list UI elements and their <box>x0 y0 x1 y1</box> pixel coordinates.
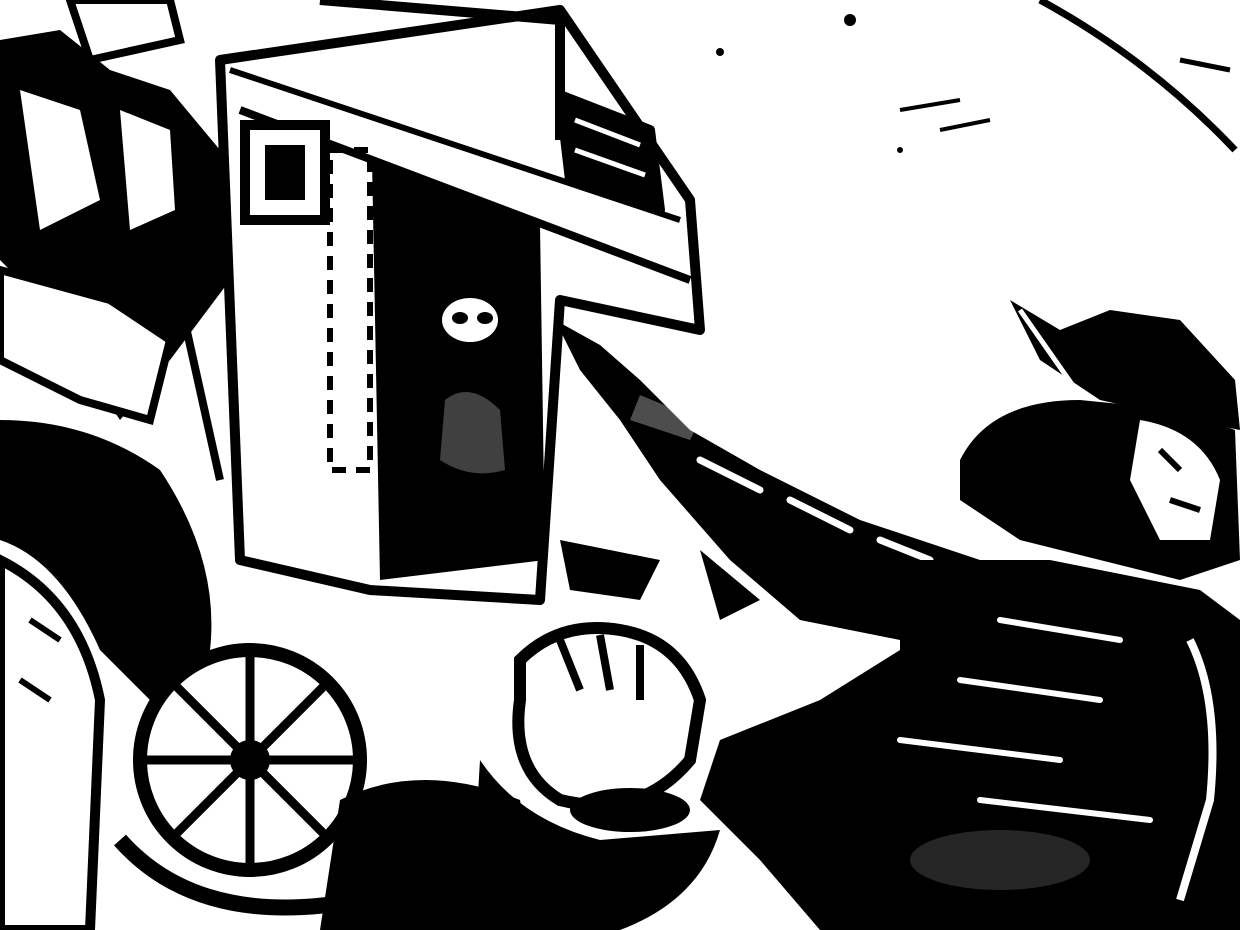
coach-doorway <box>372 160 545 580</box>
illustration-canvas <box>0 0 1240 930</box>
illustration: Stagecoach holdup illustration <box>0 0 1240 930</box>
